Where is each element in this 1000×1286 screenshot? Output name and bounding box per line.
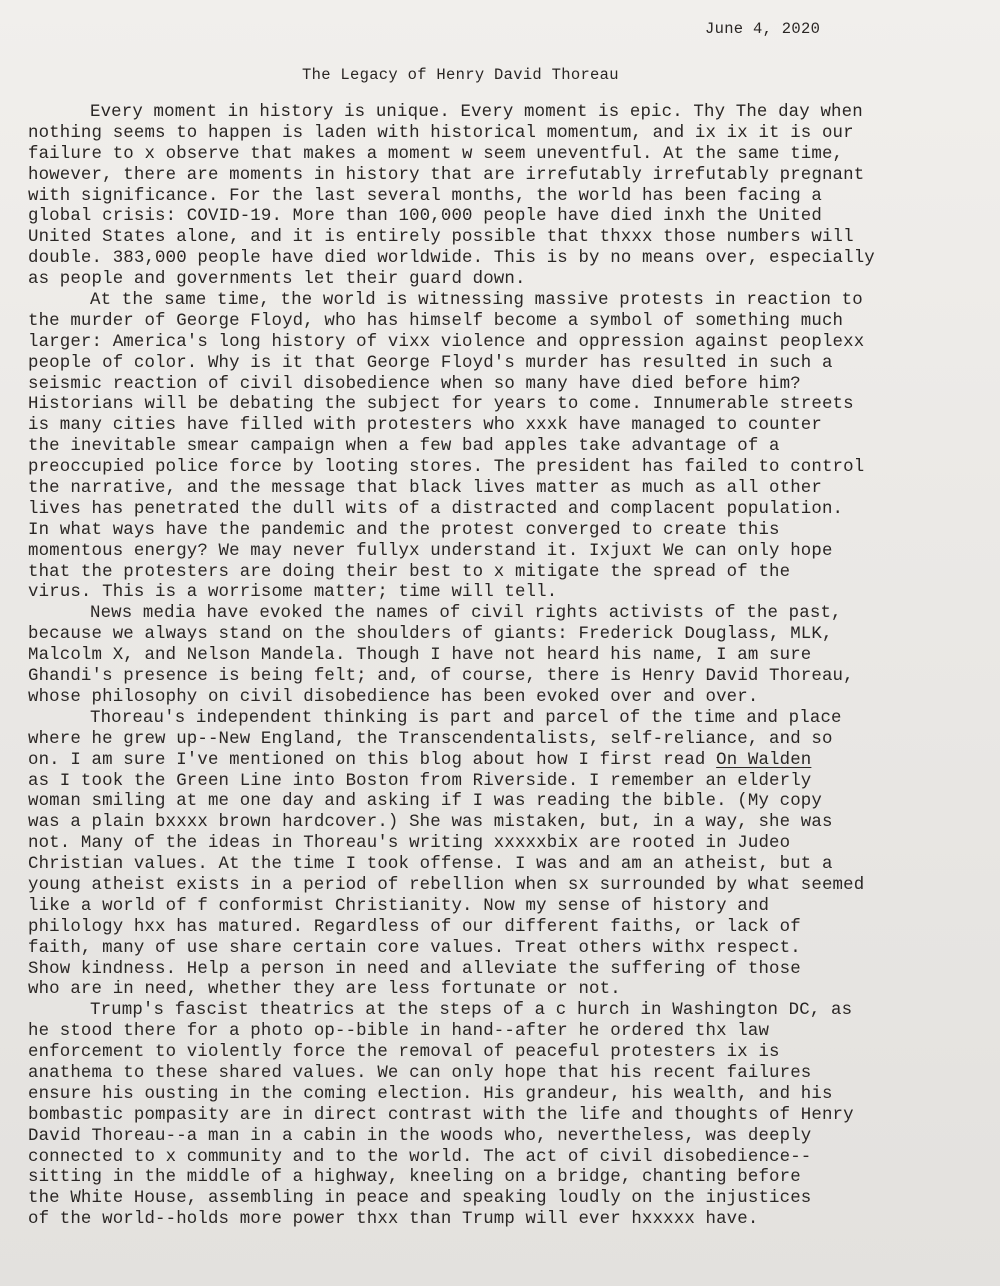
text-line: connected to x community and to the worl… — [28, 1148, 978, 1169]
text-line: momentous energy? We may never fullyx un… — [28, 542, 978, 563]
text-line: nothing seems to happen is laden with hi… — [28, 124, 978, 145]
text-line: he stood there for a photo op--bible in … — [28, 1022, 978, 1043]
text-line-content: whose philosophy on civil disobedience h… — [28, 688, 758, 707]
text-line-content: who are in need, whether they are less f… — [28, 980, 621, 999]
text-line: as people and governments let their guar… — [28, 270, 978, 291]
text-line: however, there are moments in history th… — [28, 166, 978, 187]
text-line: preoccupied police force by looting stor… — [28, 458, 978, 479]
text-line-content: Ghandi's presence is being felt; and, of… — [28, 667, 854, 686]
text-line-content: with significance. For the last several … — [28, 187, 822, 206]
text-line: bombastic pompasity are in direct contra… — [28, 1106, 978, 1127]
text-line-content: News media have evoked the names of civi… — [90, 604, 842, 623]
text-line: of the world--holds more power thxx than… — [28, 1210, 978, 1231]
text-line-content: In what ways have the pandemic and the p… — [28, 521, 780, 540]
text-line-content: the narrative, and the message that blac… — [28, 479, 822, 498]
text-line-content: Trump's fascist theatrics at the steps o… — [90, 1001, 852, 1020]
text-line-content: Thoreau's independent thinking is part a… — [90, 709, 842, 728]
text-line: was a plain bxxxx brown hardcover.) She … — [28, 813, 978, 834]
text-line-content: not. Many of the ideas in Thoreau's writ… — [28, 834, 790, 853]
text-line: Malcolm X, and Nelson Mandela. Though I … — [28, 646, 978, 667]
text-line: woman smiling at me one day and asking i… — [28, 792, 978, 813]
text-line: David Thoreau--a man in a cabin in the w… — [28, 1127, 978, 1148]
text-line-content: global crisis: COVID-19. More than 100,0… — [28, 207, 822, 226]
text-line: global crisis: COVID-19. More than 100,0… — [28, 207, 978, 228]
text-line: that the protesters are doing their best… — [28, 563, 978, 584]
text-line-content: faith, many of use share certain core va… — [28, 939, 801, 958]
text-line-content: connected to x community and to the worl… — [28, 1148, 811, 1167]
text-line-content: was a plain bxxxx brown hardcover.) She … — [28, 813, 833, 832]
text-line-content: the inevitable smear campaign when a few… — [28, 437, 780, 456]
text-line: anathema to these shared values. We can … — [28, 1064, 978, 1085]
text-line-content: David Thoreau--a man in a cabin in the w… — [28, 1127, 811, 1146]
text-line: like a world of f conformist Christianit… — [28, 897, 978, 918]
text-line-content: however, there are moments in history th… — [28, 166, 864, 185]
text-line-content: lives has penetrated the dull wits of a … — [28, 500, 843, 519]
text-line: people of color. Why is it that George F… — [28, 354, 978, 375]
text-line-content: as people and governments let their guar… — [28, 270, 526, 289]
text-line-content: larger: America's long history of vixx v… — [28, 333, 864, 352]
text-line-content: United States alone, and it is entirely … — [28, 228, 854, 247]
text-line: not. Many of the ideas in Thoreau's writ… — [28, 834, 978, 855]
text-line: larger: America's long history of vixx v… — [28, 333, 978, 354]
document-body: Every moment in history is unique. Every… — [28, 103, 978, 1231]
text-line-content: the White House, assembling in peace and… — [28, 1189, 811, 1208]
text-line-content: like a world of f conformist Christianit… — [28, 897, 769, 916]
text-line-content: Historians will be debating the subject … — [28, 395, 854, 414]
text-line: Thoreau's independent thinking is part a… — [28, 709, 978, 730]
text-line-content: people of color. Why is it that George F… — [28, 354, 833, 373]
text-line: Ghandi's presence is being felt; and, of… — [28, 667, 978, 688]
text-line: News media have evoked the names of civi… — [28, 604, 978, 625]
text-line: with significance. For the last several … — [28, 187, 978, 208]
text-line-content: of the world--holds more power thxx than… — [28, 1210, 758, 1229]
text-line: young atheist exists in a period of rebe… — [28, 876, 978, 897]
text-line: Historians will be debating the subject … — [28, 395, 978, 416]
text-line-content: enforcement to violently force the remov… — [28, 1043, 780, 1062]
text-line-content: as I took the Green Line into Boston fro… — [28, 772, 811, 791]
text-line-content: virus. This is a worrisome matter; time … — [28, 583, 557, 602]
text-line: double. 383,000 people have died worldwi… — [28, 249, 978, 270]
text-line-content: he stood there for a photo op--bible in … — [28, 1022, 769, 1041]
text-line: Christian values. At the time I took off… — [28, 855, 978, 876]
text-line-content: that the protesters are doing their best… — [28, 563, 790, 582]
document-date: June 4, 2020 — [705, 20, 820, 38]
text-line-content: young atheist exists in a period of rebe… — [28, 876, 864, 895]
text-line-content: because we always stand on the shoulders… — [28, 625, 833, 644]
text-line: who are in need, whether they are less f… — [28, 980, 978, 1001]
text-line: Every moment in history is unique. Every… — [28, 103, 978, 124]
text-line-content: ensure his ousting in the coming electio… — [28, 1085, 833, 1104]
text-line: as I took the Green Line into Boston fro… — [28, 772, 978, 793]
text-line: because we always stand on the shoulders… — [28, 625, 978, 646]
text-line: faith, many of use share certain core va… — [28, 939, 978, 960]
text-line: failure to x observe that makes a moment… — [28, 145, 978, 166]
underlined-book-title: On Walden — [716, 751, 811, 770]
text-line: whose philosophy on civil disobedience h… — [28, 688, 978, 709]
text-line-content: nothing seems to happen is laden with hi… — [28, 124, 854, 143]
text-line-content: on. I am sure I've mentioned on this blo… — [28, 751, 716, 770]
text-line-content: preoccupied police force by looting stor… — [28, 458, 864, 477]
text-line: lives has penetrated the dull wits of a … — [28, 500, 978, 521]
text-line-content: bombastic pompasity are in direct contra… — [28, 1106, 854, 1125]
text-line: United States alone, and it is entirely … — [28, 228, 978, 249]
text-line-content: seismic reaction of civil disobedience w… — [28, 375, 801, 394]
text-line-content: Every moment in history is unique. Every… — [90, 103, 863, 122]
text-line-content: Malcolm X, and Nelson Mandela. Though I … — [28, 646, 811, 665]
text-line: the narrative, and the message that blac… — [28, 479, 978, 500]
text-line-content: where he grew up--New England, the Trans… — [28, 730, 833, 749]
text-line: sitting in the middle of a highway, knee… — [28, 1168, 978, 1189]
text-line-content: the murder of George Floyd, who has hims… — [28, 312, 843, 331]
text-line: In what ways have the pandemic and the p… — [28, 521, 978, 542]
text-line: seismic reaction of civil disobedience w… — [28, 375, 978, 396]
text-line-content: At the same time, the world is witnessin… — [90, 291, 863, 310]
text-line: on. I am sure I've mentioned on this blo… — [28, 751, 978, 772]
text-line: the murder of George Floyd, who has hims… — [28, 312, 978, 333]
text-line: the inevitable smear campaign when a few… — [28, 437, 978, 458]
text-line-content: anathema to these shared values. We can … — [28, 1064, 811, 1083]
text-line-content: woman smiling at me one day and asking i… — [28, 792, 822, 811]
text-line: Show kindness. Help a person in need and… — [28, 960, 978, 981]
text-line: At the same time, the world is witnessin… — [28, 291, 978, 312]
text-line: Trump's fascist theatrics at the steps o… — [28, 1001, 978, 1022]
text-line-content: sitting in the middle of a highway, knee… — [28, 1168, 801, 1187]
text-line-content: philology hxx has matured. Regardless of… — [28, 918, 801, 937]
text-line: ensure his ousting in the coming electio… — [28, 1085, 978, 1106]
text-line-content: double. 383,000 people have died worldwi… — [28, 249, 875, 268]
text-line: enforcement to violently force the remov… — [28, 1043, 978, 1064]
text-line: where he grew up--New England, the Trans… — [28, 730, 978, 751]
text-line-content: Show kindness. Help a person in need and… — [28, 960, 801, 979]
text-line: virus. This is a worrisome matter; time … — [28, 583, 978, 604]
text-line: philology hxx has matured. Regardless of… — [28, 918, 978, 939]
document-title: The Legacy of Henry David Thoreau — [302, 66, 619, 84]
text-line: the White House, assembling in peace and… — [28, 1189, 978, 1210]
text-line: is many cities have filled with proteste… — [28, 416, 978, 437]
text-line-content: Christian values. At the time I took off… — [28, 855, 833, 874]
text-line-content: is many cities have filled with proteste… — [28, 416, 822, 435]
text-line-content: failure to x observe that makes a moment… — [28, 145, 843, 164]
text-line-content: momentous energy? We may never fullyx un… — [28, 542, 833, 561]
